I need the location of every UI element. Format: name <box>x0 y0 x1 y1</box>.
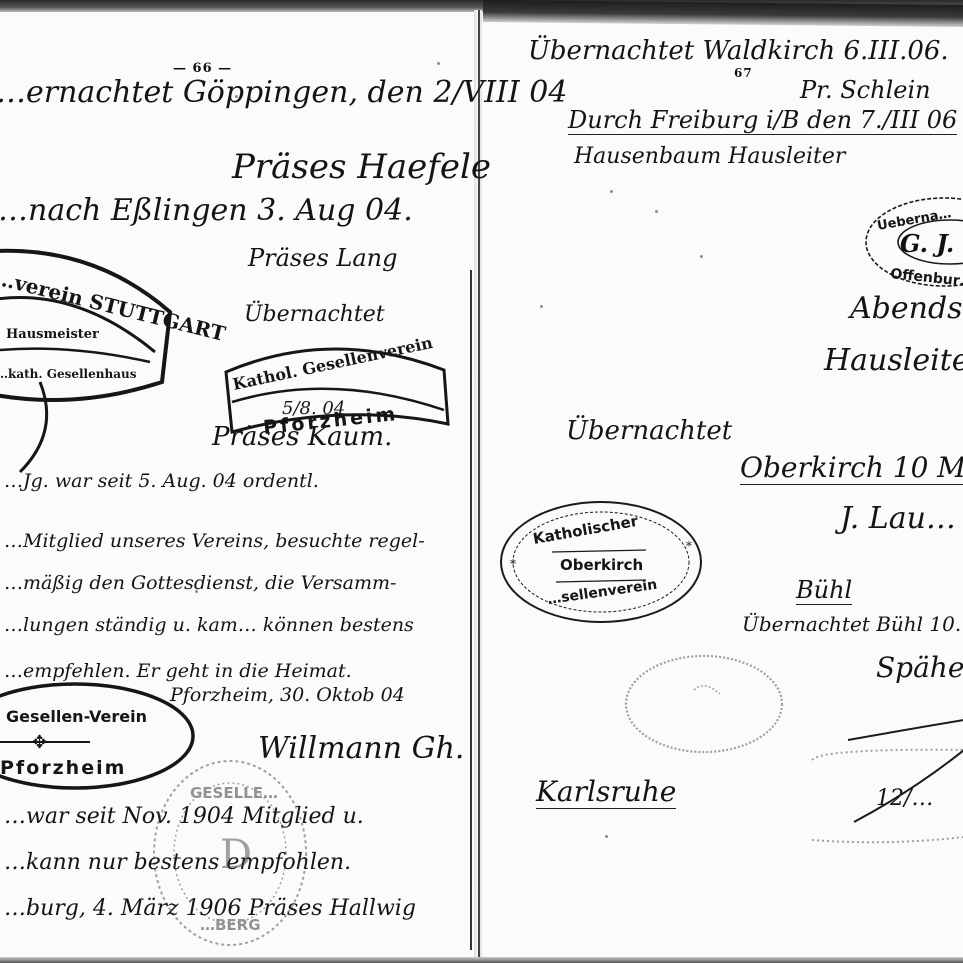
entry-goeppingen: …ernachtet Göppingen, den 2/VIII 04 <box>0 78 567 108</box>
pforzheim-stamp: Kathol. Gesellenverein 5/8. 04 Pforzheim <box>222 332 452 442</box>
letter-d-icon: D <box>220 832 252 878</box>
svg-text:Hausmeister: Hausmeister <box>6 327 99 342</box>
right-page: 67 Übernachtet Waldkirch 6.III.06. Pr. S… <box>484 10 963 957</box>
entry-hausleiter: Hausleiter <box>824 346 963 376</box>
entry-j-lau: J. Lau… <box>840 504 956 534</box>
speck <box>235 95 238 98</box>
speck <box>605 835 608 838</box>
svg-text:…BERG: …BERG <box>200 916 261 934</box>
entry-pr-schlein: Pr. Schlein <box>800 78 931 102</box>
faint-oval-stamp <box>624 650 794 760</box>
speck <box>437 62 440 65</box>
pen-stroke-lines <box>844 710 963 830</box>
svg-text:Offenbur…: Offenbur… <box>890 266 963 291</box>
speck <box>610 190 613 193</box>
stuttgart-stamp: …verein STUTTGART Hausmeister …kath. Ges… <box>0 242 195 422</box>
svg-text:G. J.: G. J. <box>900 229 954 258</box>
entry-uebernachtet-buehl: Übernachtet Bühl 10. M… <box>742 614 963 634</box>
speck <box>195 590 198 593</box>
svg-text:Oberkirch: Oberkirch <box>560 556 643 574</box>
svg-text:Katholischer: Katholischer <box>532 512 640 548</box>
entry-karlsruhe: Karlsruhe <box>536 778 676 809</box>
svg-text:…kath. Gesellenhaus: …kath. Gesellenhaus <box>0 367 137 381</box>
entry-uebernachtet-left: Übernachtet <box>244 304 385 326</box>
entry-pforzheim-date: Pforzheim, 30. Oktob 04 <box>170 686 405 705</box>
entry-uebernachtet-right: Übernachtet <box>566 418 732 444</box>
star-icon-right: * <box>686 539 692 553</box>
entry-hausenbaum: Hausenbaum Hausleiter <box>574 146 845 168</box>
page-number-67: 67 <box>734 66 753 80</box>
offenburg-stamp: Ueberna… G. J. Offenbur… <box>864 196 963 296</box>
speck <box>540 305 543 308</box>
entry-freiburg: Durch Freiburg i/B den 7./III 06 <box>568 108 957 135</box>
svg-text:Kathol. Gesellenverein: Kathol. Gesellenverein <box>231 333 435 394</box>
entry-line-4: …lungen ständig u. kam… können bestens <box>4 616 414 635</box>
page-bottom-edge <box>0 957 963 963</box>
left-page: — 66 — …ernachtet Göppingen, den 2/VIII … <box>0 10 470 957</box>
svg-text:GESELLE…: GESELLE… <box>190 784 278 802</box>
speck <box>700 255 703 258</box>
entry-abends: Abends <box>850 294 963 324</box>
entry-buehl: Bühl <box>796 578 852 605</box>
entry-line-3: …mäßig den Gottesdienst, die Versamm- <box>4 574 396 593</box>
entry-waldkirch: Übernachtet Waldkirch 6.III.06. <box>528 38 949 64</box>
star-icon: * <box>510 557 516 571</box>
entry-line-5: …empfehlen. Er geht in die Heimat. <box>4 662 352 681</box>
ornament-icon: ✥ <box>32 732 47 753</box>
entry-oberkirch: Oberkirch 10 M… <box>740 454 963 485</box>
entry-line-1: …Jg. war seit 5. Aug. 04 ordentl. <box>4 472 319 491</box>
svg-text:Gesellen-Verein: Gesellen-Verein <box>6 707 147 726</box>
entry-praeses-haefele: Präses Haefele <box>232 150 491 184</box>
page-number-66: — 66 — <box>173 61 232 76</box>
svg-text:Pforzheim: Pforzheim <box>0 757 126 779</box>
entry-spaeher: Späher… <box>876 654 963 682</box>
entry-esslingen: …nach Eßlingen 3. Aug 04. <box>0 196 413 226</box>
oberkirch-stamp: Katholischer Oberkirch …sellenverein * * <box>496 498 706 638</box>
left-page-border <box>470 270 472 950</box>
entry-praeses-lang: Präses Lang <box>248 246 397 270</box>
entry-line-2: …Mitglied unseres Vereins, besuchte rege… <box>4 532 425 551</box>
speck <box>655 210 658 213</box>
circular-faint-stamp: GESELLE… …BERG D <box>150 758 310 948</box>
